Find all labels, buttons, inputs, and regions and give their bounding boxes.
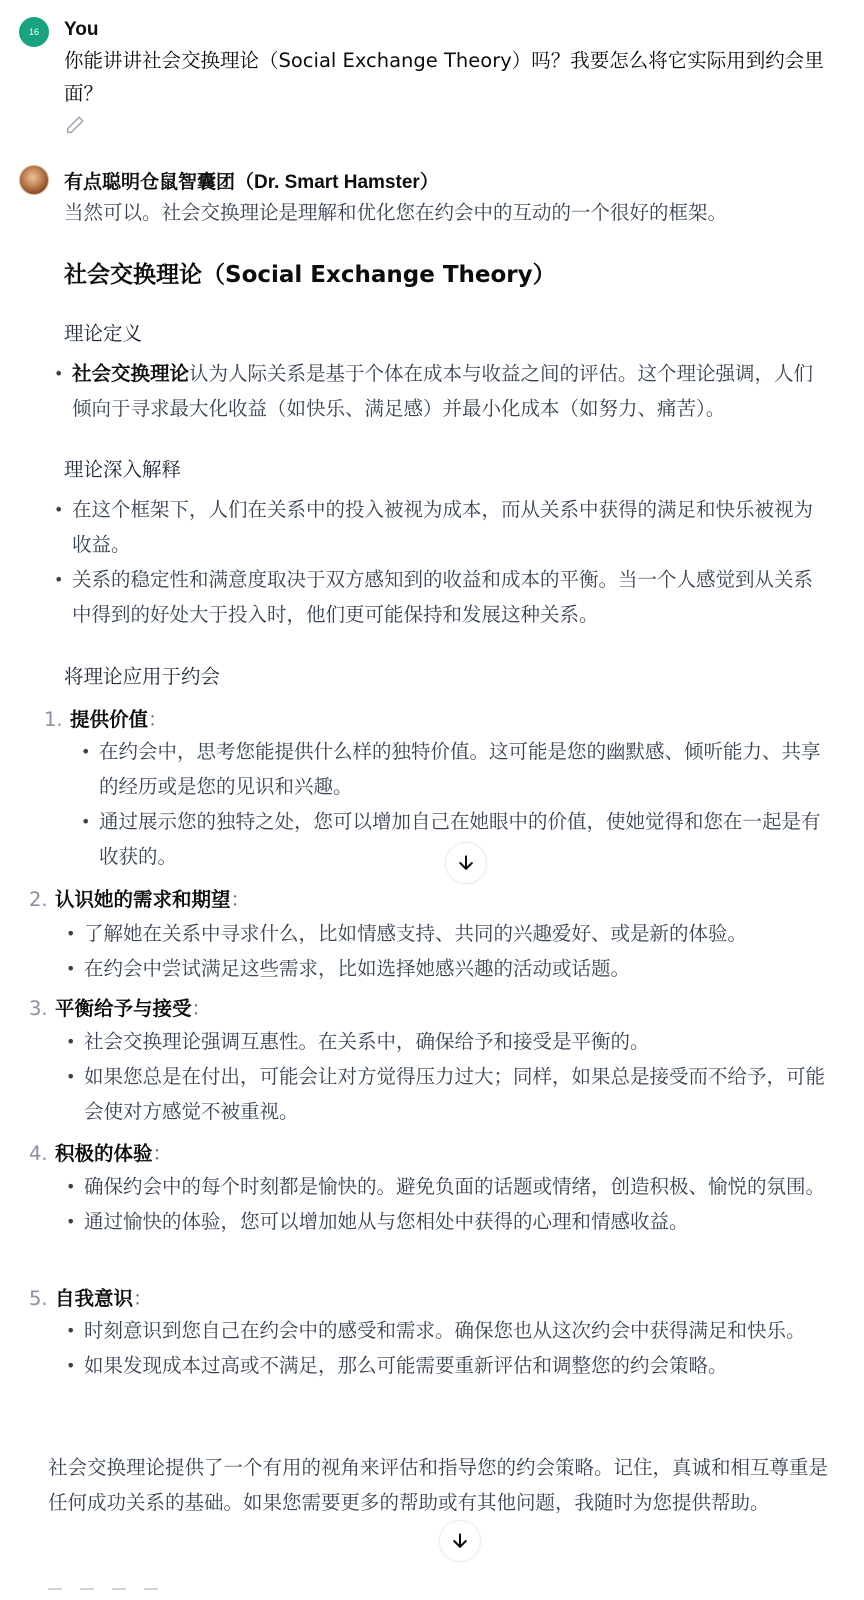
list-item: • 社会交换理论强调互惠性。在关系中，确保给予和接受是平衡的。 xyxy=(66,1024,831,1059)
bullet-icon: • xyxy=(54,492,63,527)
numbered-item-4: 4.积极的体验： xyxy=(29,1138,172,1166)
list-item: • 时刻意识到您自己在约会中的感受和需求。确保您也从这次约会中获得满足和快乐。 xyxy=(66,1313,816,1348)
explanation-list: • 在这个框架下，人们在关系中的投入被视为成本，而从关系中获得的满足和快乐被视为… xyxy=(54,492,829,632)
list-item: • 如果发现成本过高或不满足，那么可能需要重新评估和调整您的约会策略。 xyxy=(66,1348,816,1383)
item-title: 自我意识 xyxy=(55,1287,133,1310)
bullet-icon: • xyxy=(66,1169,75,1204)
item-number: 4. xyxy=(29,1142,55,1165)
list-item-text: 关系的稳定性和满意度取决于双方感知到的收益和成本的平衡。当一个人感觉到从关系中得… xyxy=(72,568,813,626)
item-2-bullets: • 了解她在关系中寻求什么，比如情感支持、共同的兴趣爱好、或是新的体验。 • 在… xyxy=(66,916,831,986)
numbered-item-2: 2.认识她的需求和期望： xyxy=(29,884,250,912)
item-4-bullets: • 确保约会中的每个时刻都是愉快的。避免负面的话题或情绪，创造积极、愉悦的氛围。… xyxy=(66,1169,834,1239)
item-number: 5. xyxy=(29,1287,55,1310)
bullet-icon: • xyxy=(66,1348,75,1383)
message-actions xyxy=(48,1588,158,1600)
bullet-icon: • xyxy=(66,1204,75,1239)
item-number: 3. xyxy=(29,997,55,1020)
numbered-item-5: 5.自我意识： xyxy=(29,1283,153,1311)
user-avatar: 16 xyxy=(19,17,49,47)
list-item: • 在约会中，思考您能提供什么样的独特价值。这可能是您的幽默感、倾听能力、共享的… xyxy=(81,734,831,804)
bold-term: 社会交换理论 xyxy=(72,362,189,385)
list-item: • 如果您总是在付出，可能会让对方觉得压力过大；同样，如果总是接受而不给予，可能… xyxy=(66,1059,831,1129)
item-5-bullets: • 时刻意识到您自己在约会中的感受和需求。确保您也从这次约会中获得满足和快乐。 … xyxy=(66,1313,816,1383)
user-avatar-label: 16 xyxy=(29,27,39,37)
bullet-icon: • xyxy=(54,562,63,597)
bullet-icon: • xyxy=(66,1024,75,1059)
item-title: 提供价值 xyxy=(70,708,148,731)
bullet-icon: • xyxy=(54,356,63,391)
bot-avatar xyxy=(19,165,49,195)
list-item: • 在约会中尝试满足这些需求，比如选择她感兴趣的活动或话题。 xyxy=(66,951,831,986)
list-item: • 在这个框架下，人们在关系中的投入被视为成本，而从关系中获得的满足和快乐被视为… xyxy=(54,492,829,562)
response-title: 社会交换理论（Social Exchange Theory） xyxy=(64,256,556,289)
item-title: 认识她的需求和期望 xyxy=(55,888,231,911)
bullet-icon: • xyxy=(66,916,75,951)
pencil-icon[interactable] xyxy=(64,114,86,136)
section-heading-application: 将理论应用于约会 xyxy=(64,661,220,689)
numbered-item-3: 3.平衡给予与接受： xyxy=(29,993,211,1021)
item-number: 1. xyxy=(44,708,70,731)
user-message-text: 你能讲讲社会交换理论（Social Exchange Theory）吗？我要怎么… xyxy=(64,44,834,110)
thumbs-down-icon[interactable] xyxy=(112,1588,126,1600)
list-item: • 了解她在关系中寻求什么，比如情感支持、共同的兴趣爱好、或是新的体验。 xyxy=(66,916,831,951)
scroll-to-bottom-button[interactable] xyxy=(445,842,487,884)
bot-sender-name: 有点聪明仓鼠智囊团（Dr. Smart Hamster） xyxy=(64,167,439,194)
definition-list: • 社会交换理论认为人际关系是基于个体在成本与收益之间的评估。这个理论强调，人们… xyxy=(54,356,829,426)
bullet-icon: • xyxy=(66,1313,75,1348)
item-number: 2. xyxy=(29,888,55,911)
list-item: • 关系的稳定性和满意度取决于双方感知到的收益和成本的平衡。当一个人感觉到从关系… xyxy=(54,562,829,632)
arrow-down-icon xyxy=(456,853,476,873)
copy-icon[interactable] xyxy=(48,1588,62,1600)
numbered-item-1: 1.提供价值： xyxy=(44,704,168,732)
item-3-bullets: • 社会交换理论强调互惠性。在关系中，确保给予和接受是平衡的。 • 如果您总是在… xyxy=(66,1024,831,1129)
section-heading-explanation: 理论深入解释 xyxy=(64,454,181,482)
bullet-icon: • xyxy=(66,1059,75,1094)
arrow-down-icon xyxy=(450,1531,470,1551)
item-title: 积极的体验 xyxy=(55,1142,153,1165)
list-item: • 确保约会中的每个时刻都是愉快的。避免负面的话题或情绪，创造积极、愉悦的氛围。 xyxy=(66,1169,834,1204)
bullet-icon: • xyxy=(66,951,75,986)
item-title: 平衡给予与接受 xyxy=(55,997,192,1020)
bullet-icon: • xyxy=(81,804,90,839)
closing-paragraph: 社会交换理论提供了一个有用的视角来评估和指导您的约会策略。记住，真诚和相互尊重是… xyxy=(48,1450,838,1520)
bullet-icon: • xyxy=(81,734,90,769)
bot-intro-text: 当然可以。社会交换理论是理解和优化您在约会中的互动的一个很好的框架。 xyxy=(64,198,727,228)
list-item-text: 在这个框架下，人们在关系中的投入被视为成本，而从关系中获得的满足和快乐被视为收益… xyxy=(72,498,813,556)
thumbs-up-icon[interactable] xyxy=(80,1588,94,1600)
chat-page: 16 You 你能讲讲社会交换理论（Social Exchange Theory… xyxy=(0,0,864,1600)
section-heading-definition: 理论定义 xyxy=(64,318,142,346)
list-item: • 社会交换理论认为人际关系是基于个体在成本与收益之间的评估。这个理论强调，人们… xyxy=(54,356,829,426)
scroll-to-bottom-button[interactable] xyxy=(439,1520,481,1562)
list-item: • 通过愉快的体验，您可以增加她从与您相处中获得的心理和情感收益。 xyxy=(66,1204,834,1239)
user-sender-name: You xyxy=(64,19,98,41)
regenerate-icon[interactable] xyxy=(144,1588,158,1600)
